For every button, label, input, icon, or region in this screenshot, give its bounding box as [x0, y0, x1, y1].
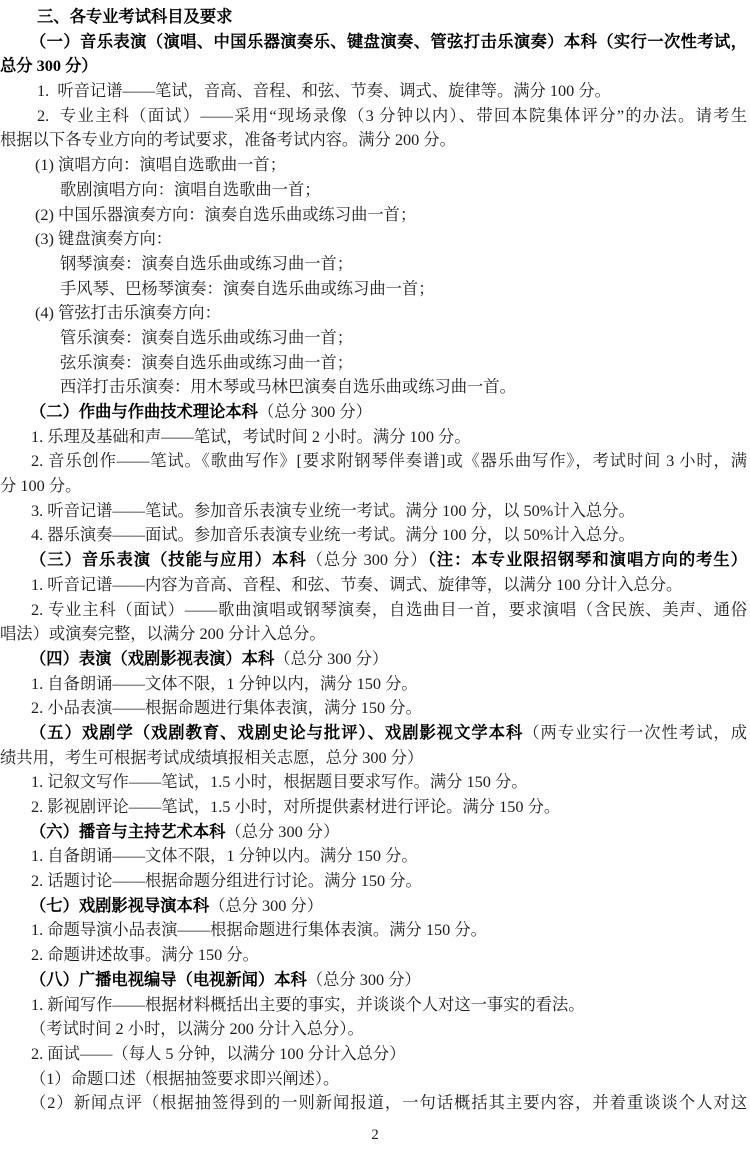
body-text: 1. 命题导演小品表演——根据命题进行集体表演。满分 150 分。: [31, 920, 487, 939]
document-line: （一）音乐表演（演唱、中国乐器演奏乐、键盘演奏、管弦打击乐演奏）本科（实行一次性…: [0, 30, 750, 55]
body-text: 2. 音乐创作——笔试。《歌曲写作》[要求附钢琴伴奏谱]或《器乐曲写作》，考试时…: [31, 451, 747, 470]
body-text: （总分 300 分）: [307, 550, 428, 569]
heading-text: （五）戏剧学（戏剧教育、戏剧史论与批评）、戏剧影视文学本科: [30, 723, 523, 742]
body-text: (1) 演唱方向：演唱自选歌曲一首；: [35, 155, 286, 174]
body-text: （两专业实行一次性考试，成: [523, 723, 747, 742]
body-text: 1. 新闻写作——根据材料概括出主要的事实，并谈谈个人对这一事实的看法。: [31, 995, 585, 1014]
document-line: (3) 键盘演奏方向：: [0, 227, 750, 252]
document-line: 2. 专业主科（面试）——歌曲演唱或钢琴演奏，自选曲目一首，要求演唱（含民族、美…: [0, 598, 750, 623]
document-line: 1. 乐理及基础和声——笔试，考试时间 2 小时。满分 100 分。: [0, 425, 750, 450]
body-text: （总分 300 分）: [225, 822, 339, 841]
document-line: （1）命题口述（根据抽签要求即兴阐述）。: [0, 1067, 750, 1092]
document-line: （四）表演（戏剧影视表演）本科（总分 300 分）: [0, 647, 750, 672]
body-text: （总分 300 分）: [209, 896, 323, 915]
body-text: 分 100 分。: [0, 476, 81, 495]
body-text: 1. 乐理及基础和声——笔试，考试时间 2 小时。满分 100 分。: [31, 427, 471, 446]
document-line: 总分 300 分）: [0, 54, 750, 79]
heading-text: （三）音乐表演（技能与应用）本科: [30, 550, 307, 569]
document-line: （三）音乐表演（技能与应用）本科（总分 300 分）（注：本专业限招钢琴和演唱方…: [0, 548, 750, 573]
heading-text: （二）作曲与作曲技术理论本科: [30, 402, 258, 421]
body-text: 西洋打击乐演奏：用木琴或马林巴演奏自选乐曲或练习曲一首。: [60, 377, 516, 396]
body-text: （考试时间 2 小时，以满分 200 分计入总分）。: [30, 1019, 364, 1038]
body-text: （2）新闻点评（根据抽签得到的一则新闻报道，一句话概括其主要内容，并着重谈谈个人…: [30, 1093, 747, 1112]
body-text: 唱法）或演奏完整，以满分 200 分计入总分。: [0, 624, 326, 643]
body-text: 弦乐演奏：演奏自选乐曲或练习曲一首；: [60, 353, 353, 372]
body-text: 1. 听音记谱——内容为音高、音程、和弦、节奏、调式、旋律等，以满分 100 分…: [31, 575, 682, 594]
document-line: (4) 管弦打击乐演奏方向：: [0, 301, 750, 326]
document-line: 2. 音乐创作——笔试。《歌曲写作》[要求附钢琴伴奏谱]或《器乐曲写作》，考试时…: [0, 449, 750, 474]
body-text: 4. 器乐演奏——面试。参加音乐表演专业统一考试。满分 100 分，以 50%计…: [31, 525, 635, 544]
document-line: 1. 新闻写作——根据材料概括出主要的事实，并谈谈个人对这一事实的看法。: [0, 993, 750, 1018]
document-line: （七）戏剧影视导演本科（总分 300 分）: [0, 894, 750, 919]
body-text: 1. 听音记谱——笔试，音高、音程、和弦、节奏、调式、旋律等。满分 100 分。: [37, 81, 611, 100]
body-text: 钢琴演奏：演奏自选乐曲或练习曲一首；: [60, 254, 353, 273]
document-line: 三、各专业考试科目及要求: [0, 5, 750, 30]
document-line: 根据以下各专业方向的考试要求，准备考试内容。满分 200 分。: [0, 128, 750, 153]
body-text: （1）命题口述（根据抽签要求即兴阐述）。: [30, 1069, 339, 1088]
body-text: 2. 影视剧评论——笔试，1.5 小时，对所提供素材进行评论。满分 150 分。: [31, 797, 560, 816]
body-text: 3. 听音记谱——笔试。参加音乐表演专业统一考试。满分 100 分，以 50%计…: [31, 501, 635, 520]
body-text: (2) 中国乐器演奏方向：演奏自选乐曲或练习曲一首；: [35, 205, 416, 224]
document-line: （五）戏剧学（戏剧教育、戏剧史论与批评）、戏剧影视文学本科（两专业实行一次性考试…: [0, 721, 750, 746]
body-text: 2. 小品表演——根据命题进行集体表演，满分 150 分。: [31, 698, 422, 717]
document-line: (2) 中国乐器演奏方向：演奏自选乐曲或练习曲一首；: [0, 203, 750, 228]
body-text: 1. 自备朗诵——文体不限，1 分钟以内。满分 150 分。: [31, 846, 418, 865]
document-line: 2. 专业主科（面试）——采用“现场录像（3 分钟以内）、带回本院集体评分”的办…: [0, 104, 750, 129]
body-text: 2. 命题讲述故事。满分 150 分。: [31, 945, 259, 964]
heading-text: （六）播音与主持艺术本科: [30, 822, 225, 841]
document-line: 2. 话题讨论——根据命题分组进行讨论。满分 150 分。: [0, 869, 750, 894]
document-line: 手风琴、巴杨琴演奏：演奏自选乐曲或练习曲一首；: [0, 277, 750, 302]
document-line: 2. 影视剧评论——笔试，1.5 小时，对所提供素材进行评论。满分 150 分。: [0, 795, 750, 820]
document-line: (1) 演唱方向：演唱自选歌曲一首；: [0, 153, 750, 178]
document-body: 三、各专业考试科目及要求（一）音乐表演（演唱、中国乐器演奏乐、键盘演奏、管弦打击…: [0, 5, 750, 1116]
heading-text: （注：本专业限招钢琴和演唱方向的考生）: [428, 550, 747, 569]
heading-text: （八）广播电视编导（电视新闻）本科: [30, 970, 307, 989]
body-text: （总分 300 分）: [258, 402, 372, 421]
body-text: 2. 专业主科（面试）——歌曲演唱或钢琴演奏，自选曲目一首，要求演唱（含民族、美…: [31, 600, 747, 619]
heading-text: （七）戏剧影视导演本科: [30, 896, 209, 915]
document-line: （2）新闻点评（根据抽签得到的一则新闻报道，一句话概括其主要内容，并着重谈谈个人…: [0, 1091, 750, 1116]
body-text: 1. 记叙文写作——笔试，1.5 小时，根据题目要求写作。满分 150 分。: [31, 772, 528, 791]
body-text: 2. 专业主科（面试）——采用“现场录像（3 分钟以内）、带回本院集体评分”的办…: [37, 106, 747, 125]
document-line: （六）播音与主持艺术本科（总分 300 分）: [0, 820, 750, 845]
document-line: 绩共用，考生可根据考试成绩填报相关志愿，总分 300 分）: [0, 746, 750, 771]
page-number: 2: [0, 1123, 750, 1147]
document-line: 钢琴演奏：演奏自选乐曲或练习曲一首；: [0, 252, 750, 277]
document-line: 1. 记叙文写作——笔试，1.5 小时，根据题目要求写作。满分 150 分。: [0, 770, 750, 795]
document-line: 1. 听音记谱——内容为音高、音程、和弦、节奏、调式、旋律等，以满分 100 分…: [0, 573, 750, 598]
document-line: 1. 自备朗诵——文体不限，1 分钟以内，满分 150 分。: [0, 672, 750, 697]
body-text: （总分 300 分）: [307, 970, 421, 989]
document-line: 西洋打击乐演奏：用木琴或马林巴演奏自选乐曲或练习曲一首。: [0, 375, 750, 400]
document-line: 4. 器乐演奏——面试。参加音乐表演专业统一考试。满分 100 分，以 50%计…: [0, 523, 750, 548]
document-line: 3. 听音记谱——笔试。参加音乐表演专业统一考试。满分 100 分，以 50%计…: [0, 499, 750, 524]
body-text: 根据以下各专业方向的考试要求，准备考试内容。满分 200 分。: [0, 130, 456, 149]
body-text: 2. 话题讨论——根据命题分组进行讨论。满分 150 分。: [31, 871, 422, 890]
document-line: 2. 面试——（每人 5 分钟，以满分 100 分计入总分）: [0, 1042, 750, 1067]
document-line: 1. 命题导演小品表演——根据命题进行集体表演。满分 150 分。: [0, 918, 750, 943]
heading-text: （一）音乐表演（演唱、中国乐器演奏乐、键盘演奏、管弦打击乐演奏）本科（实行一次性…: [30, 32, 747, 51]
document-line: 管乐演奏：演奏自选乐曲或练习曲一首；: [0, 326, 750, 351]
body-text: （总分 300 分）: [274, 649, 388, 668]
document-line: （考试时间 2 小时，以满分 200 分计入总分）。: [0, 1017, 750, 1042]
body-text: 歌剧演唱方向：演唱自选歌曲一首；: [60, 180, 321, 199]
document-line: 2. 命题讲述故事。满分 150 分。: [0, 943, 750, 968]
body-text: 绩共用，考生可根据考试成绩填报相关志愿，总分 300 分）: [0, 748, 423, 767]
body-text: (3) 键盘演奏方向：: [35, 229, 172, 248]
body-text: 管乐演奏：演奏自选乐曲或练习曲一首；: [60, 328, 353, 347]
document-line: 1. 自备朗诵——文体不限，1 分钟以内。满分 150 分。: [0, 844, 750, 869]
body-text: 2. 面试——（每人 5 分钟，以满分 100 分计入总分）: [31, 1044, 405, 1063]
document-line: （二）作曲与作曲技术理论本科（总分 300 分）: [0, 400, 750, 425]
document-line: 分 100 分。: [0, 474, 750, 499]
document-line: 弦乐演奏：演奏自选乐曲或练习曲一首；: [0, 351, 750, 376]
body-text: 1. 自备朗诵——文体不限，1 分钟以内，满分 150 分。: [31, 674, 418, 693]
heading-text: 三、各专业考试科目及要求: [37, 7, 232, 26]
document-line: 歌剧演唱方向：演唱自选歌曲一首；: [0, 178, 750, 203]
document-line: （八）广播电视编导（电视新闻）本科（总分 300 分）: [0, 968, 750, 993]
document-line: 1. 听音记谱——笔试，音高、音程、和弦、节奏、调式、旋律等。满分 100 分。: [0, 79, 750, 104]
body-text: (4) 管弦打击乐演奏方向：: [35, 303, 221, 322]
heading-text: 总分 300 分）: [0, 56, 98, 75]
document-line: 唱法）或演奏完整，以满分 200 分计入总分。: [0, 622, 750, 647]
heading-text: （四）表演（戏剧影视表演）本科: [30, 649, 274, 668]
document-page: 三、各专业考试科目及要求（一）音乐表演（演唱、中国乐器演奏乐、键盘演奏、管弦打击…: [0, 0, 750, 1151]
document-line: 2. 小品表演——根据命题进行集体表演，满分 150 分。: [0, 696, 750, 721]
body-text: 手风琴、巴杨琴演奏：演奏自选乐曲或练习曲一首；: [60, 279, 434, 298]
